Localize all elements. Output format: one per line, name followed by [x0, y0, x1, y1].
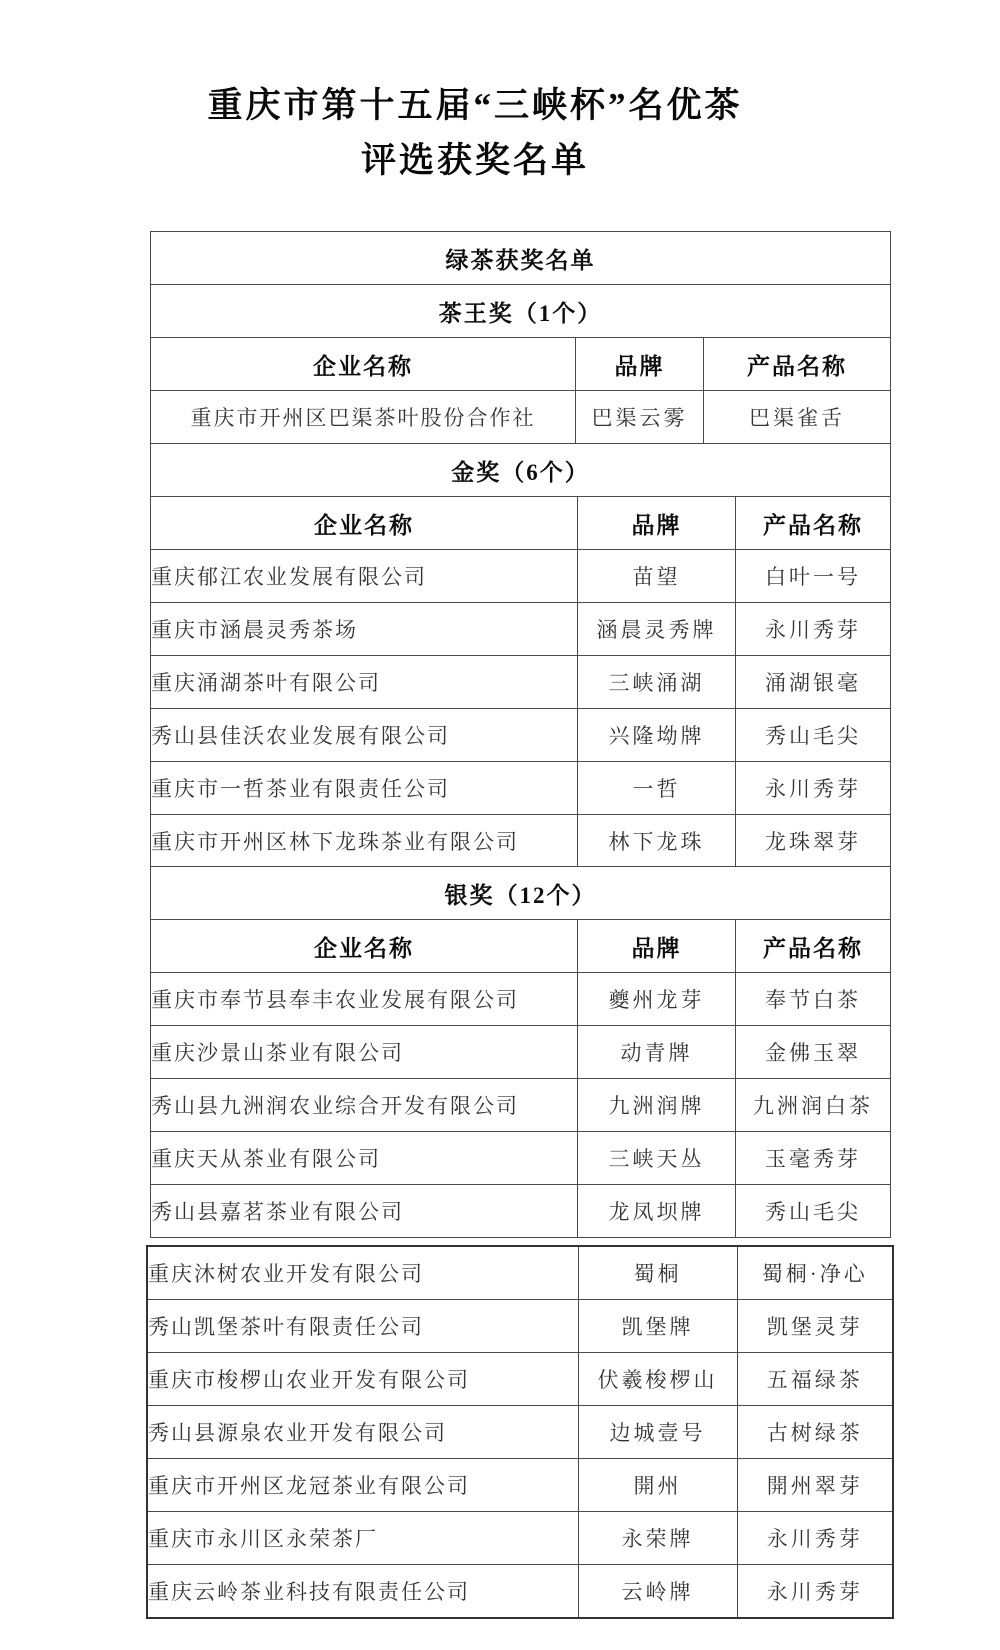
- col-header-product: 产品名称: [736, 920, 891, 973]
- cell-brand: 林下龙珠: [578, 815, 736, 868]
- cell-product: 開州翠芽: [737, 1459, 893, 1512]
- table-row-section-silver: 银奖（12个）: [151, 867, 891, 920]
- cell-brand: 三峡涌湖: [578, 656, 736, 709]
- awards-table-gold: 金奖（6个） 企业名称 品牌 产品名称 重庆郁江农业发展有限公司 苗望 白叶一号…: [150, 443, 891, 868]
- awards-table-silver-continued: 重庆沐树农业开发有限公司 蜀桐 蜀桐·净心 秀山凯堡茶叶有限责任公司 凯堡牌 凯…: [146, 1245, 894, 1619]
- col-header-brand: 品牌: [578, 920, 736, 973]
- awards-table-top: 绿茶获奖名单 茶王奖（1个） 企业名称 品牌 产品名称 重庆市开州区巴渠茶叶股份…: [150, 231, 891, 444]
- col-header-company: 企业名称: [151, 920, 578, 973]
- cell-brand: 凯堡牌: [578, 1300, 737, 1353]
- cell-company: 秀山县九洲润农业综合开发有限公司: [151, 1079, 578, 1132]
- document-page: 重庆市第十五届“三峡杯”名优茶 评选获奖名单 绿茶获奖名单 茶王奖（1个） 企业…: [0, 0, 1000, 1650]
- cell-company: 秀山县嘉茗茶业有限公司: [151, 1185, 578, 1238]
- cell-brand: 三峡天丛: [578, 1132, 736, 1185]
- col-header-product: 产品名称: [704, 338, 891, 391]
- col-header-company: 企业名称: [151, 338, 576, 391]
- cell-brand: 伏羲梭椤山: [578, 1353, 737, 1406]
- cell-brand: 动青牌: [578, 1026, 736, 1079]
- col-header-brand: 品牌: [576, 338, 704, 391]
- table-row: 重庆市一哲茶业有限责任公司 一哲 永川秀芽: [151, 762, 891, 815]
- table-row: 重庆涌湖茶叶有限公司 三峡涌湖 涌湖银毫: [151, 656, 891, 709]
- table-row: 重庆沙景山茶业有限公司 动青牌 金佛玉翠: [151, 1026, 891, 1079]
- cell-brand: 涵晨灵秀牌: [578, 603, 736, 656]
- cell-product: 巴渠雀舌: [704, 391, 891, 444]
- cell-company: 重庆市奉节县奉丰农业发展有限公司: [151, 973, 578, 1026]
- cell-company: 重庆市一哲茶业有限责任公司: [151, 762, 578, 815]
- cell-product: 奉节白茶: [736, 973, 891, 1026]
- cell-product: 永川秀芽: [736, 603, 891, 656]
- table-row: 重庆市涵晨灵秀茶场 涵晨灵秀牌 永川秀芽: [151, 603, 891, 656]
- cell-brand: 巴渠云雾: [576, 391, 704, 444]
- table-row: 秀山县佳沃农业发展有限公司 兴隆坳牌 秀山毛尖: [151, 709, 891, 762]
- cell-brand: 夔州龙芽: [578, 973, 736, 1026]
- cell-brand: 龙凤坝牌: [578, 1185, 736, 1238]
- cell-brand: 兴隆坳牌: [578, 709, 736, 762]
- cell-company: 重庆郁江农业发展有限公司: [151, 550, 578, 603]
- cell-product: 五福绿茶: [737, 1353, 893, 1406]
- page-title-line2: 评选获奖名单: [0, 133, 950, 188]
- cell-company: 秀山凯堡茶叶有限责任公司: [147, 1300, 578, 1353]
- cell-product: 涌湖银毫: [736, 656, 891, 709]
- table-row: 秀山县源泉农业开发有限公司 边城壹号 古树绿茶: [147, 1406, 893, 1459]
- cell-product: 古树绿茶: [737, 1406, 893, 1459]
- cell-product: 永川秀芽: [736, 762, 891, 815]
- col-header-product: 产品名称: [736, 497, 891, 550]
- list-header-cell: 绿茶获奖名单: [151, 232, 891, 285]
- cell-company: 重庆市开州区林下龙珠茶业有限公司: [151, 815, 578, 868]
- table-row-section-gold: 金奖（6个）: [151, 444, 891, 497]
- cell-product: 蜀桐·净心: [737, 1246, 893, 1300]
- table-row: 重庆郁江农业发展有限公司 苗望 白叶一号: [151, 550, 891, 603]
- col-header-company: 企业名称: [151, 497, 578, 550]
- table-row: 重庆市开州区巴渠茶叶股份合作社 巴渠云雾 巴渠雀舌: [151, 391, 891, 444]
- cell-company: 重庆市开州区龙冠茶业有限公司: [147, 1459, 578, 1512]
- cell-product: 凯堡灵芽: [737, 1300, 893, 1353]
- page-title-line1: 重庆市第十五届“三峡杯”名优茶: [0, 78, 950, 133]
- cell-company: 重庆市开州区巴渠茶叶股份合作社: [151, 391, 576, 444]
- table-row: 重庆市开州区龙冠茶业有限公司 開州 開州翠芽: [147, 1459, 893, 1512]
- section-label-silver: 银奖（12个）: [151, 867, 891, 920]
- cell-product: 金佛玉翠: [736, 1026, 891, 1079]
- table-row: 重庆市奉节县奉丰农业发展有限公司 夔州龙芽 奉节白茶: [151, 973, 891, 1026]
- cell-company: 重庆云岭茶业科技有限责任公司: [147, 1565, 578, 1619]
- section-label-tea-king: 茶王奖（1个）: [151, 285, 891, 338]
- col-header-brand: 品牌: [578, 497, 736, 550]
- cell-product: 龙珠翠芽: [736, 815, 891, 868]
- cell-product: 九洲润白茶: [736, 1079, 891, 1132]
- table-row: 重庆天从茶业有限公司 三峡天丛 玉毫秀芽: [151, 1132, 891, 1185]
- cell-company: 重庆市涵晨灵秀茶场: [151, 603, 578, 656]
- cell-brand: 九洲润牌: [578, 1079, 736, 1132]
- table-row: 秀山县九洲润农业综合开发有限公司 九洲润牌 九洲润白茶: [151, 1079, 891, 1132]
- cell-brand: 云岭牌: [578, 1565, 737, 1619]
- table-row: 重庆市开州区林下龙珠茶业有限公司 林下龙珠 龙珠翠芽: [151, 815, 891, 868]
- table-row-header: 企业名称 品牌 产品名称: [151, 338, 891, 391]
- cell-brand: 開州: [578, 1459, 737, 1512]
- table-row: 重庆市永川区永荣茶厂 永荣牌 永川秀芽: [147, 1512, 893, 1565]
- table-row-section-tea-king: 茶王奖（1个）: [151, 285, 891, 338]
- awards-table-silver: 银奖（12个） 企业名称 品牌 产品名称 重庆市奉节县奉丰农业发展有限公司 夔州…: [150, 866, 891, 1238]
- cell-brand: 边城壹号: [578, 1406, 737, 1459]
- table-row-list-header: 绿茶获奖名单: [151, 232, 891, 285]
- table-row-header: 企业名称 品牌 产品名称: [151, 497, 891, 550]
- cell-brand: 永荣牌: [578, 1512, 737, 1565]
- cell-brand: 苗望: [578, 550, 736, 603]
- cell-brand: 蜀桐: [578, 1246, 737, 1300]
- table-row: 重庆云岭茶业科技有限责任公司 云岭牌 永川秀芽: [147, 1565, 893, 1619]
- cell-product: 秀山毛尖: [736, 709, 891, 762]
- cell-company: 秀山县源泉农业开发有限公司: [147, 1406, 578, 1459]
- cell-product: 永川秀芽: [737, 1565, 893, 1619]
- cell-company: 重庆沐树农业开发有限公司: [147, 1246, 578, 1300]
- cell-company: 秀山县佳沃农业发展有限公司: [151, 709, 578, 762]
- table-row-header: 企业名称 品牌 产品名称: [151, 920, 891, 973]
- cell-product: 永川秀芽: [737, 1512, 893, 1565]
- section-label-gold: 金奖（6个）: [151, 444, 891, 497]
- cell-company: 重庆市梭椤山农业开发有限公司: [147, 1353, 578, 1406]
- page-title: 重庆市第十五届“三峡杯”名优茶 评选获奖名单: [0, 78, 950, 188]
- cell-product: 秀山毛尖: [736, 1185, 891, 1238]
- cell-product: 玉毫秀芽: [736, 1132, 891, 1185]
- cell-brand: 一哲: [578, 762, 736, 815]
- cell-company: 重庆天从茶业有限公司: [151, 1132, 578, 1185]
- table-row: 重庆沐树农业开发有限公司 蜀桐 蜀桐·净心: [147, 1246, 893, 1300]
- cell-company: 重庆市永川区永荣茶厂: [147, 1512, 578, 1565]
- table-row: 重庆市梭椤山农业开发有限公司 伏羲梭椤山 五福绿茶: [147, 1353, 893, 1406]
- cell-company: 重庆沙景山茶业有限公司: [151, 1026, 578, 1079]
- table-row: 秀山县嘉茗茶业有限公司 龙凤坝牌 秀山毛尖: [151, 1185, 891, 1238]
- table-row: 秀山凯堡茶叶有限责任公司 凯堡牌 凯堡灵芽: [147, 1300, 893, 1353]
- cell-product: 白叶一号: [736, 550, 891, 603]
- cell-company: 重庆涌湖茶叶有限公司: [151, 656, 578, 709]
